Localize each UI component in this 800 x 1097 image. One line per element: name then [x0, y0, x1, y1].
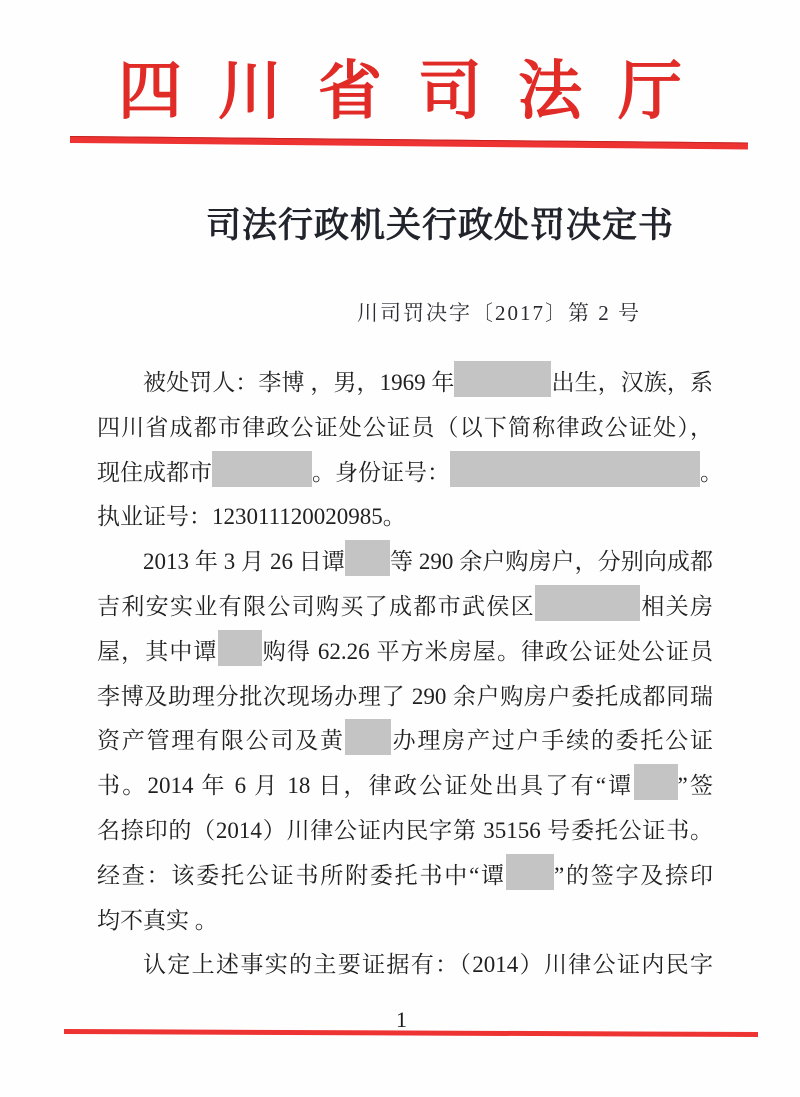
- document-page: 四川省司法厅 司法行政机关行政处罚决定书 川司罚决字〔2017〕第 2 号 被处…: [0, 0, 800, 1097]
- body-line: 执业证号：123011120020985。: [97, 495, 713, 540]
- body-text: 相关房: [640, 594, 713, 619]
- document-title: 司法行政机关行政处罚决定书: [0, 198, 800, 248]
- redaction-box: [212, 451, 312, 487]
- redaction-box: [454, 361, 551, 397]
- body-text: ”的签字及捺印: [554, 863, 713, 888]
- redaction-box: [535, 585, 640, 621]
- body-text: 出生，汉族，系: [551, 370, 713, 395]
- footer-rule: [64, 1029, 758, 1037]
- agency-header-title: 四川省司法厅: [0, 40, 800, 132]
- redaction-box: [345, 540, 390, 576]
- body-line: 2013 年 3 月 26 日谭等 290 余户购房户，分别向成都: [97, 540, 713, 585]
- body-text: ”签: [678, 773, 713, 798]
- body-line: 被处罚人：李博 ，男，1969 年出生，汉族，系: [97, 361, 713, 406]
- redaction-box: [450, 451, 700, 487]
- redaction-box: [345, 719, 391, 755]
- body-text: 被处罚人：李博 ，男，1969 年: [143, 370, 454, 395]
- body-text: 执业证号：123011120020985。: [97, 504, 406, 529]
- document-number: 川司罚决字〔2017〕第 2 号: [0, 297, 800, 327]
- body-text: 四川省成都市律政公证处公证员（以下简称律政公证处），: [97, 415, 713, 440]
- body-text: 李博及助理分批次现场办理了 290 余户购房户委托成都同瑞: [97, 684, 713, 709]
- body-text: 书。2014 年 6 月 18 日，律政公证处出具了有“谭: [97, 773, 634, 798]
- body-text: 等 290 余户购房户，分别向成都: [390, 549, 713, 574]
- redaction-box: [218, 630, 262, 666]
- body-line: 现住成都市。身份证号：。: [97, 451, 713, 496]
- body-line: 均不真实 。: [97, 899, 713, 944]
- body-text: 2013 年 3 月 26 日谭: [143, 549, 345, 574]
- body-text: 购得 62.26 平方米房屋。律政公证处公证员: [262, 639, 713, 664]
- body-line: 名捺印的（2014）川律公证内民字第 35156 号委托公证书。: [97, 809, 713, 854]
- body-text: 吉利安实业有限公司购买了成都市武侯区: [97, 594, 535, 619]
- body-text: 认定上述事实的主要证据有：（2014）川律公证内民字: [143, 952, 713, 977]
- redaction-box: [634, 764, 678, 800]
- body-line: 李博及助理分批次现场办理了 290 余户购房户委托成都同瑞: [97, 675, 713, 720]
- body-text: 均不真实 。: [97, 908, 218, 933]
- body-line: 四川省成都市律政公证处公证员（以下简称律政公证处），: [97, 406, 713, 451]
- body-text: 。: [700, 460, 723, 485]
- body-text: 资产管理有限公司及黄: [97, 728, 345, 753]
- body-text: 名捺印的（2014）川律公证内民字第 35156 号委托公证书。: [97, 818, 713, 843]
- body-text: 经查：该委托公证书所附委托书中“谭: [97, 863, 506, 888]
- body-text: 屋，其中谭: [97, 639, 218, 664]
- document-body: 被处罚人：李博 ，男，1969 年出生，汉族，系四川省成都市律政公证处公证员（以…: [97, 361, 713, 988]
- body-line: 认定上述事实的主要证据有：（2014）川律公证内民字: [97, 943, 713, 988]
- body-line: 书。2014 年 6 月 18 日，律政公证处出具了有“谭”签: [97, 764, 713, 809]
- body-line: 屋，其中谭购得 62.26 平方米房屋。律政公证处公证员: [97, 630, 713, 675]
- body-line: 吉利安实业有限公司购买了成都市武侯区相关房: [97, 585, 713, 630]
- body-text: 办理房产过户手续的委托公证: [391, 728, 713, 753]
- header-rule: [70, 136, 748, 150]
- body-text: 现住成都市: [97, 460, 212, 485]
- body-line: 经查：该委托公证书所附委托书中“谭”的签字及捺印: [97, 854, 713, 899]
- page-number: 1: [396, 1007, 407, 1033]
- redaction-box: [506, 854, 554, 890]
- body-text: 。身份证号：: [312, 460, 450, 485]
- body-line: 资产管理有限公司及黄办理房产过户手续的委托公证: [97, 719, 713, 764]
